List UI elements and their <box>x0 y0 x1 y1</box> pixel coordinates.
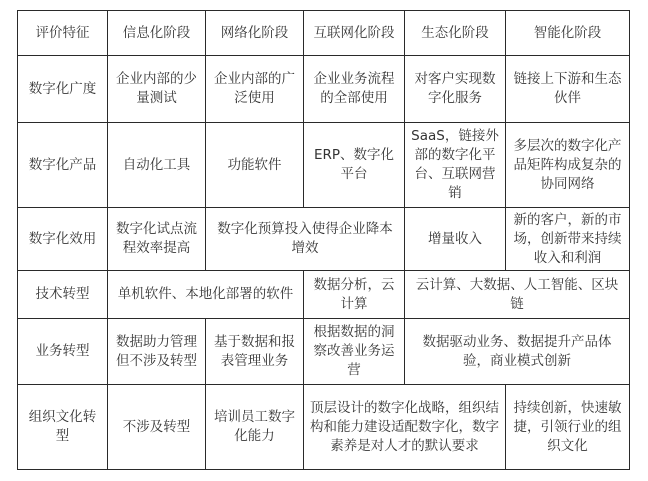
table-cell-merged: 云计算、大数据、人工智能、区块链 <box>405 271 630 319</box>
table-cell-merged: 单机软件、本地化部署的软件 <box>108 271 304 319</box>
table-cell: 企业内部的少量测试 <box>108 56 206 123</box>
header-cell-networking: 网络化阶段 <box>206 11 304 56</box>
table-cell: 新的客户，新的市场，创新带来持续收入和利润 <box>506 208 630 271</box>
table-row-culture: 组织文化转型 不涉及转型 培训员工数字化能力 顶层设计的数字化战略，组织结构和能… <box>18 385 630 470</box>
table-cell: 链接上下游和生态伙伴 <box>506 56 630 123</box>
header-cell-intelligence: 智能化阶段 <box>506 11 630 56</box>
table-cell: ERP、数字化平台 <box>304 123 405 208</box>
table-cell: 数字化试点流程效率提高 <box>108 208 206 271</box>
row-label: 数字化产品 <box>18 123 108 208</box>
table-cell: 企业内部的广泛使用 <box>206 56 304 123</box>
digital-transformation-stages-table: 评价特征 信息化阶段 网络化阶段 互联网化阶段 生态化阶段 智能化阶段 数字化广… <box>17 10 630 470</box>
header-cell-informatization: 信息化阶段 <box>108 11 206 56</box>
table-cell-merged: 数字化预算投入使得企业降本增效 <box>206 208 405 271</box>
row-label: 业务转型 <box>18 319 108 385</box>
header-cell-internet: 互联网化阶段 <box>304 11 405 56</box>
table-row-business: 业务转型 数据助力管理但不涉及转型 基于数据和报表管理业务 根据数据的洞察改善业… <box>18 319 630 385</box>
table-cell: 基于数据和报表管理业务 <box>206 319 304 385</box>
table-cell: SaaS，链接外部的数字化平台、互联网营销 <box>405 123 506 208</box>
table-cell: 培训员工数字化能力 <box>206 385 304 470</box>
table-cell: 功能软件 <box>206 123 304 208</box>
row-label: 组织文化转型 <box>18 385 108 470</box>
table-cell-merged: 数据驱动业务、数据提升产品体验，商业模式创新 <box>405 319 630 385</box>
table-cell: 数据分析，云计算 <box>304 271 405 319</box>
table-cell: 增量收入 <box>405 208 506 271</box>
table-cell: 企业业务流程的全部使用 <box>304 56 405 123</box>
table-cell: 不涉及转型 <box>108 385 206 470</box>
table-cell: 对客户实现数字化服务 <box>405 56 506 123</box>
table-row-product: 数字化产品 自动化工具 功能软件 ERP、数字化平台 SaaS，链接外部的数字化… <box>18 123 630 208</box>
table-cell: 持续创新，快速敏捷，引领行业的组织文化 <box>506 385 630 470</box>
header-row: 评价特征 信息化阶段 网络化阶段 互联网化阶段 生态化阶段 智能化阶段 <box>18 11 630 56</box>
table-row-tech: 技术转型 单机软件、本地化部署的软件 数据分析，云计算 云计算、大数据、人工智能… <box>18 271 630 319</box>
header-cell-feature: 评价特征 <box>18 11 108 56</box>
row-label: 技术转型 <box>18 271 108 319</box>
table-cell: 根据数据的洞察改善业务运营 <box>304 319 405 385</box>
table-row-breadth: 数字化广度 企业内部的少量测试 企业内部的广泛使用 企业业务流程的全部使用 对客… <box>18 56 630 123</box>
header-cell-ecosystem: 生态化阶段 <box>405 11 506 56</box>
table-cell: 数据助力管理但不涉及转型 <box>108 319 206 385</box>
table-cell: 多层次的数字化产品矩阵构成复杂的协同网络 <box>506 123 630 208</box>
table-cell: 自动化工具 <box>108 123 206 208</box>
table-row-utility: 数字化效用 数字化试点流程效率提高 数字化预算投入使得企业降本增效 增量收入 新… <box>18 208 630 271</box>
table-cell-merged: 顶层设计的数字化战略，组织结构和能力建设适配数字化，数字素养是对人才的默认要求 <box>304 385 506 470</box>
row-label: 数字化广度 <box>18 56 108 123</box>
row-label: 数字化效用 <box>18 208 108 271</box>
